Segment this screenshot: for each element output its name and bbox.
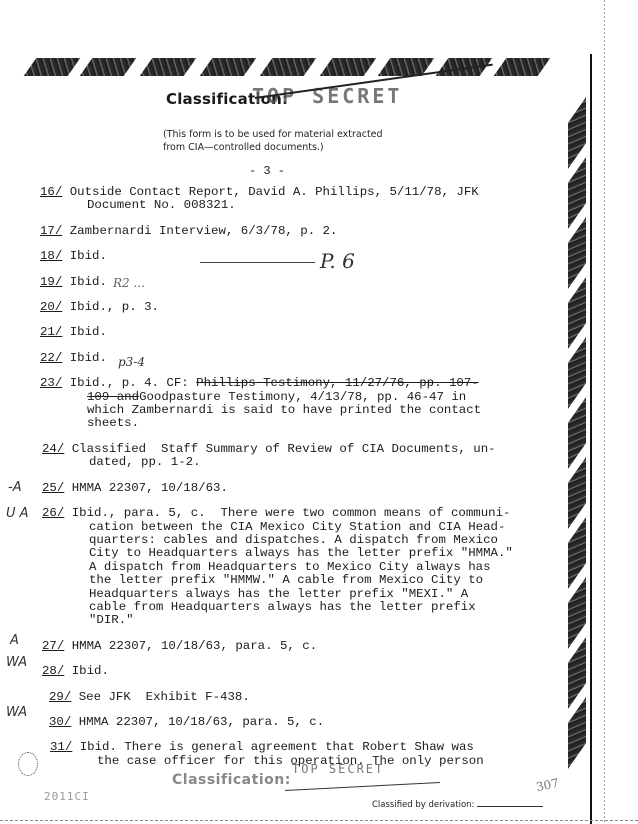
footnote-continuation: 109 andGoodpasture Testimony, 4/13/78, p… — [40, 391, 540, 404]
border-rule — [590, 54, 592, 824]
hatch-stripe — [568, 397, 586, 469]
footnote: 29/ See JFK Exhibit F-438. — [40, 691, 540, 704]
footnote-text: Ibid., para. 5, c. There were two common… — [72, 506, 511, 520]
footnote-number: 22/ — [40, 351, 62, 365]
footnote-text: Ibid. — [70, 249, 107, 263]
footnote: 16/ Outside Contact Report, David A. Phi… — [40, 186, 540, 213]
footnote: 27/ HMMA 22307, 10/18/63, para. 5, c. — [40, 640, 540, 653]
hatch-stripe — [24, 58, 81, 76]
footnote-number: 16/ — [40, 185, 62, 199]
footnote-continuation: "DIR." — [42, 614, 540, 627]
footnote-continuation: quarters: cables and dispatches. A dispa… — [42, 534, 540, 547]
hatch-stripe — [568, 577, 586, 649]
footnote-number: 26/ — [42, 506, 64, 520]
footnote-text: Outside Contact Report, David A. Phillip… — [70, 185, 479, 199]
footnote-number: 30/ — [49, 715, 71, 729]
hatch-stripe — [568, 97, 586, 169]
hatch-stripe — [80, 58, 137, 76]
footnote-text: See JFK Exhibit F-438. — [79, 690, 250, 704]
footnote: 22/ Ibid. — [40, 352, 540, 365]
scan-edge-bottom — [0, 820, 638, 821]
footnote-text: Ibid. — [72, 664, 109, 678]
footnote-text: HMMA 22307, 10/18/63, para. 5, c. — [79, 715, 324, 729]
footnote-continuation: the letter prefix "HMMW." A cable from M… — [42, 574, 540, 587]
footnote: 26/ Ibid., para. 5, c. There were two co… — [40, 507, 540, 628]
document-id: 2011CI — [44, 790, 90, 803]
hatch-stripe — [200, 58, 257, 76]
footnote-number: 19/ — [40, 275, 62, 289]
scan-edge — [604, 0, 605, 824]
footnote-continuation: City to Headquarters always has the lett… — [42, 547, 540, 560]
handwritten-line — [200, 262, 315, 263]
classified-by-derivation: Classified by derivation: — [372, 800, 543, 810]
footnote-text: Classified Staff Summary of Review of CI… — [72, 442, 496, 456]
margin-annotation: U A — [6, 506, 29, 521]
footer-classification: Classification: — [172, 772, 291, 788]
footnote-continuation: Document No. 008321. — [40, 199, 540, 212]
footnote: 21/ Ibid. — [40, 326, 540, 339]
hatch-stripe — [568, 217, 586, 289]
footnote-continuation: cable from Headquarters always has the l… — [42, 601, 540, 614]
margin-annotation: A — [10, 633, 19, 648]
margin-annotation: WA — [6, 705, 27, 720]
hatch-stripe — [140, 58, 197, 76]
hatch-stripe — [568, 637, 586, 709]
footnote-continuation: A dispatch from Headquarters to Mexico C… — [42, 561, 540, 574]
footnote-text: Zambernardi Interview, 6/3/78, p. 2. — [70, 224, 338, 238]
footnote-number: 31/ — [50, 740, 72, 754]
footnote-text: Ibid., p. 4. CF: — [70, 376, 189, 390]
footnote-number: 27/ — [42, 639, 64, 653]
hatch-stripe — [568, 697, 586, 769]
footnote-continuation: cation between the CIA Mexico City Stati… — [42, 521, 540, 534]
footnote-text: HMMA 22307, 10/18/63, para. 5, c. — [72, 639, 317, 653]
footnote-number: 21/ — [40, 325, 62, 339]
footnote-continuation: Headquarters always has the letter prefi… — [42, 588, 540, 601]
footer-classification-line — [285, 782, 440, 791]
page-number: - 3 - — [249, 164, 285, 178]
hatch-stripe — [320, 58, 377, 76]
hatch-stripe — [568, 457, 586, 529]
footnote-text: Ibid. — [70, 275, 107, 289]
margin-annotation: WA — [6, 655, 27, 670]
footnote: 23/ Ibid., p. 4. CF: Phillips Testimony,… — [40, 377, 540, 431]
hatch-stripe — [568, 277, 586, 349]
struck-text: Phillips Testimony, 11/27/76, pp. 107- — [196, 376, 479, 390]
form-note: (This form is to be used for material ex… — [163, 128, 383, 154]
derivation-label: Classified by derivation: — [372, 800, 474, 810]
hatch-stripe — [260, 58, 317, 76]
footnote-text: Ibid., p. 3. — [70, 300, 159, 314]
footnote-number: 18/ — [40, 249, 62, 263]
footnote-text: Ibid. There is general agreement that Ro… — [80, 740, 474, 754]
footnote-continuation: sheets. — [40, 417, 540, 430]
handwritten-note: R2 ... — [113, 276, 145, 290]
footnote-number: 25/ — [42, 481, 64, 495]
footer-classification-stamp: TOP SECRET — [292, 762, 384, 776]
footnote-number: 24/ — [42, 442, 64, 456]
footnote: 25/ HMMA 22307, 10/18/63. — [40, 482, 540, 495]
punch-hole-mark — [18, 752, 38, 776]
hatch-stripe — [568, 157, 586, 229]
margin-annotation: -A — [8, 480, 22, 495]
footnote: 30/ HMMA 22307, 10/18/63, para. 5, c. — [40, 716, 540, 729]
footnote: 24/ Classified Staff Summary of Review o… — [40, 443, 540, 470]
hatch-stripe — [568, 337, 586, 409]
derivation-blank — [477, 806, 543, 807]
footnote: 20/ Ibid., p. 3. — [40, 301, 540, 314]
form-note-line: from CIA—controlled documents.) — [163, 141, 383, 154]
footnote: 28/ Ibid. — [40, 665, 540, 678]
footnote-continuation: dated, pp. 1-2. — [42, 456, 540, 469]
footnote-number: 29/ — [49, 690, 71, 704]
handwritten-note: P. 6 — [320, 249, 355, 273]
footnote-number: 23/ — [40, 376, 62, 390]
struck-text: 109 and — [87, 390, 139, 404]
footnote-continuation-text: Goodpasture Testimony, 4/13/78, pp. 46-4… — [139, 390, 466, 404]
footnote-number: 17/ — [40, 224, 62, 238]
footnote: 31/ Ibid. There is general agreement tha… — [40, 741, 540, 768]
handwritten-note: p3-4 — [118, 355, 145, 369]
footnote-text: Ibid. — [70, 351, 107, 365]
form-note-line: (This form is to be used for material ex… — [163, 128, 383, 141]
footnote-text: Ibid. — [70, 325, 107, 339]
hatch-stripe — [568, 517, 586, 589]
hatch-stripe — [494, 58, 551, 76]
footnote-number: 28/ — [42, 664, 64, 678]
footnote-continuation: which Zambernardi is said to have printe… — [40, 404, 540, 417]
footnote: 17/ Zambernardi Interview, 6/3/78, p. 2. — [40, 225, 540, 238]
footnote-text: HMMA 22307, 10/18/63. — [72, 481, 228, 495]
footnote-number: 20/ — [40, 300, 62, 314]
page-stamp: 307 — [535, 776, 560, 794]
